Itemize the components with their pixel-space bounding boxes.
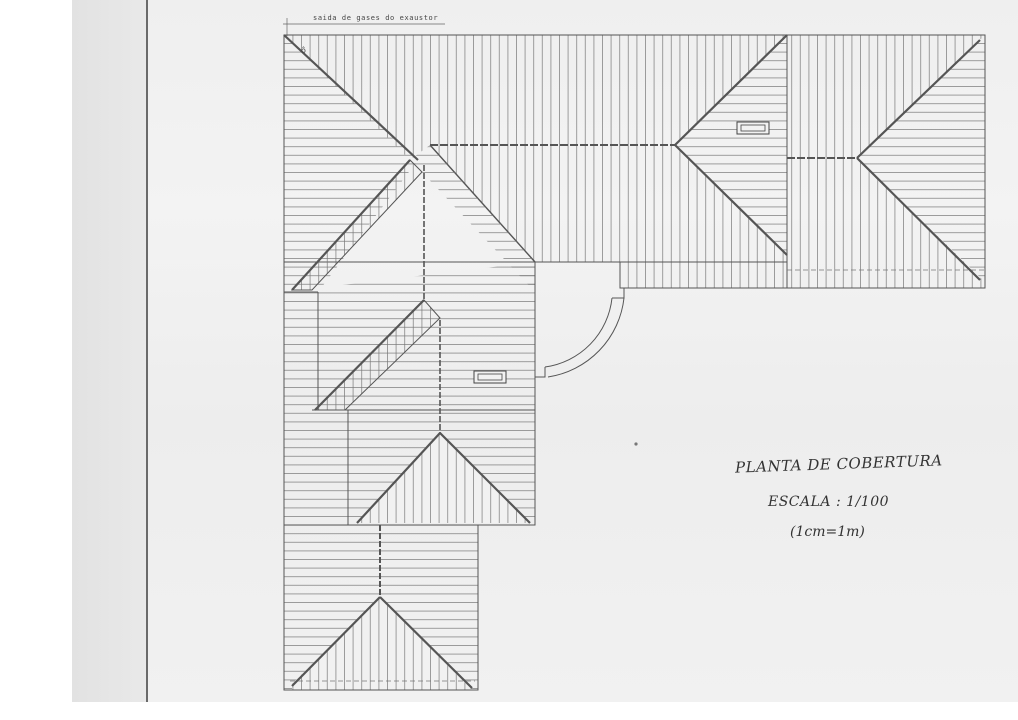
roof-plan-drawing: ô (0, 0, 1018, 720)
drawing-scale-note: (1cm=1m) (790, 524, 865, 540)
curved-entry-canopy (535, 288, 624, 377)
scan-speck (634, 442, 637, 445)
exhaust-vent-marker: ô (301, 45, 306, 55)
skylight-upper-icon (737, 122, 769, 134)
lower-gable-wing-roof (284, 525, 478, 690)
skylight-center-icon (474, 371, 506, 383)
drawing-scale: ESCALA : 1/100 (768, 494, 889, 510)
main-upper-roof (284, 35, 787, 292)
exhaust-annotation: saida de gases do exaustor (313, 14, 438, 22)
